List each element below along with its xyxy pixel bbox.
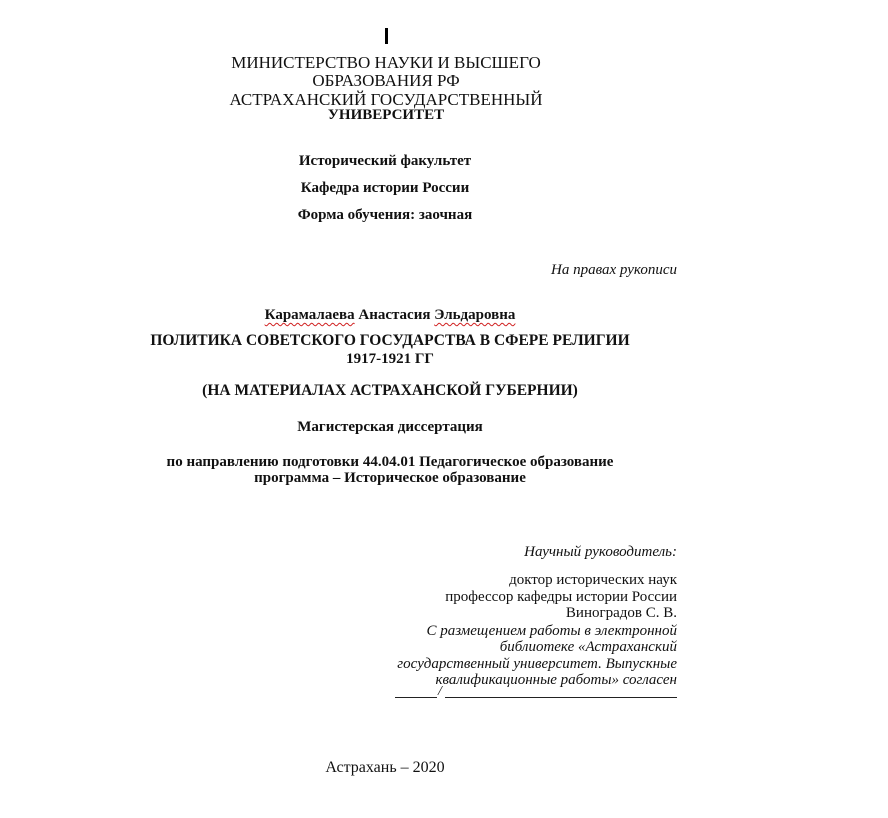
city-year: Астрахань – 2020 <box>300 760 470 776</box>
author-surname: Карамалаева <box>265 307 355 323</box>
consent-line-3: государственный университет. Выпускные <box>330 657 677 672</box>
university-line-1: АСТРАХАНСКИЙ ГОСУДАРСТВЕННЫЙ <box>190 91 582 108</box>
title-line-1: ПОЛИТИКА СОВЕТСКОГО ГОСУДАРСТВА В СФЕРЕ … <box>100 333 680 349</box>
ministry-line-1: МИНИСТЕРСТВО НАУКИ И ВЫСШЕГО <box>190 54 582 71</box>
signature-name-line <box>445 697 677 698</box>
signature-line <box>395 697 437 698</box>
signature-separator: / <box>438 684 442 700</box>
direction-line-2: программа – Историческое образование <box>100 471 680 486</box>
consent-line-4: квалификационные работы» согласен <box>330 673 677 688</box>
supervisor-degree: доктор исторических наук <box>350 573 677 588</box>
author-first-name: Анастасия <box>358 307 430 323</box>
ministry-line-2: ОБРАЗОВАНИЯ РФ <box>190 72 582 89</box>
department-name: Кафедра истории России <box>250 181 520 196</box>
supervisor-position: профессор кафедры истории России <box>350 590 677 605</box>
direction-line-1: по направлению подготовки 44.04.01 Педаг… <box>100 455 680 470</box>
manuscript-note: На правах рукописи <box>480 263 677 278</box>
author-patronymic: Эльдаровна <box>434 307 515 323</box>
supervisor-name: Виноградов С. В. <box>350 606 677 621</box>
author-name: Карамалаева Анастасия Эльдаровна <box>110 308 670 323</box>
faculty-name: Исторический факультет <box>250 154 520 169</box>
supervisor-label: Научный руководитель: <box>400 545 677 560</box>
title-line-2: 1917-1921 ГГ <box>100 352 680 367</box>
text-cursor <box>385 28 388 44</box>
consent-line-1: С размещением работы в электронной <box>330 624 677 639</box>
work-type: Магистерская диссертация <box>100 420 680 435</box>
consent-line-2: библиотеке «Астраханский <box>330 640 677 655</box>
title-line-3: (НА МАТЕРИАЛАХ АСТРАХАНСКОЙ ГУБЕРНИИ) <box>100 383 680 399</box>
study-form: Форма обучения: заочная <box>250 208 520 223</box>
university-line-2: УНИВЕРСИТЕТ <box>190 108 582 123</box>
